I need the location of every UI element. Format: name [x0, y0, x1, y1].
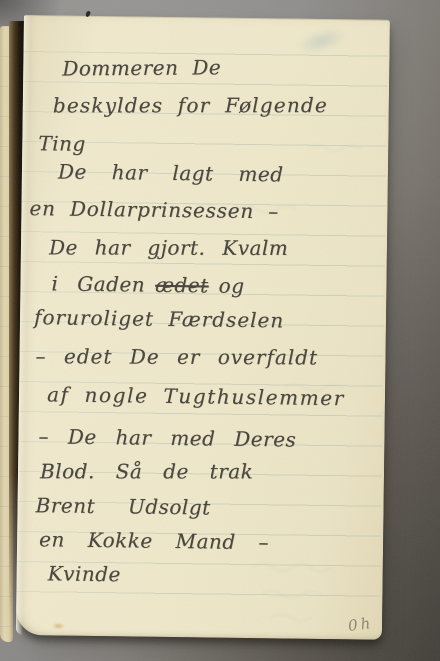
manuscript-line: – edet De er overfaldt [35, 344, 318, 369]
manuscript-line: Dommeren De [62, 55, 221, 80]
manuscript-line: en Dollarprinsessen – [29, 196, 279, 223]
manuscript-line: Blod. Så de trak [40, 459, 253, 483]
manuscript-line: – De har med Deres [38, 424, 296, 451]
manuscript-line: beskyldes for Følgende [53, 93, 328, 117]
manuscript-line: en Kokke Mand – [39, 527, 269, 554]
manuscript-text: og [218, 274, 244, 298]
photograph-of-notebook: Dommeren De beskyldes for Følgende Ting … [0, 0, 440, 661]
manuscript-line: De har lagt med [58, 159, 284, 186]
manuscript-line: Kvinde [48, 561, 121, 586]
manuscript-text: i Gaden [51, 271, 145, 296]
manuscript-line: Ting [38, 131, 86, 156]
manuscript-line: foruroliget Færdselen [34, 305, 285, 332]
manuscript-line: Brent Udsolgt [35, 493, 210, 519]
manuscript-line: i Gadenædetog [51, 271, 244, 298]
pencil-mark: 0h [347, 614, 374, 635]
struck-out-word: ædet [155, 273, 209, 298]
notebook-page: Dommeren De beskyldes for Følgende Ting … [16, 15, 390, 640]
manuscript-line: af nogle Tugthuslemmer [47, 382, 345, 410]
manuscript-line: De har gjort. Kvalm [49, 235, 288, 260]
paper-stain [50, 621, 67, 630]
